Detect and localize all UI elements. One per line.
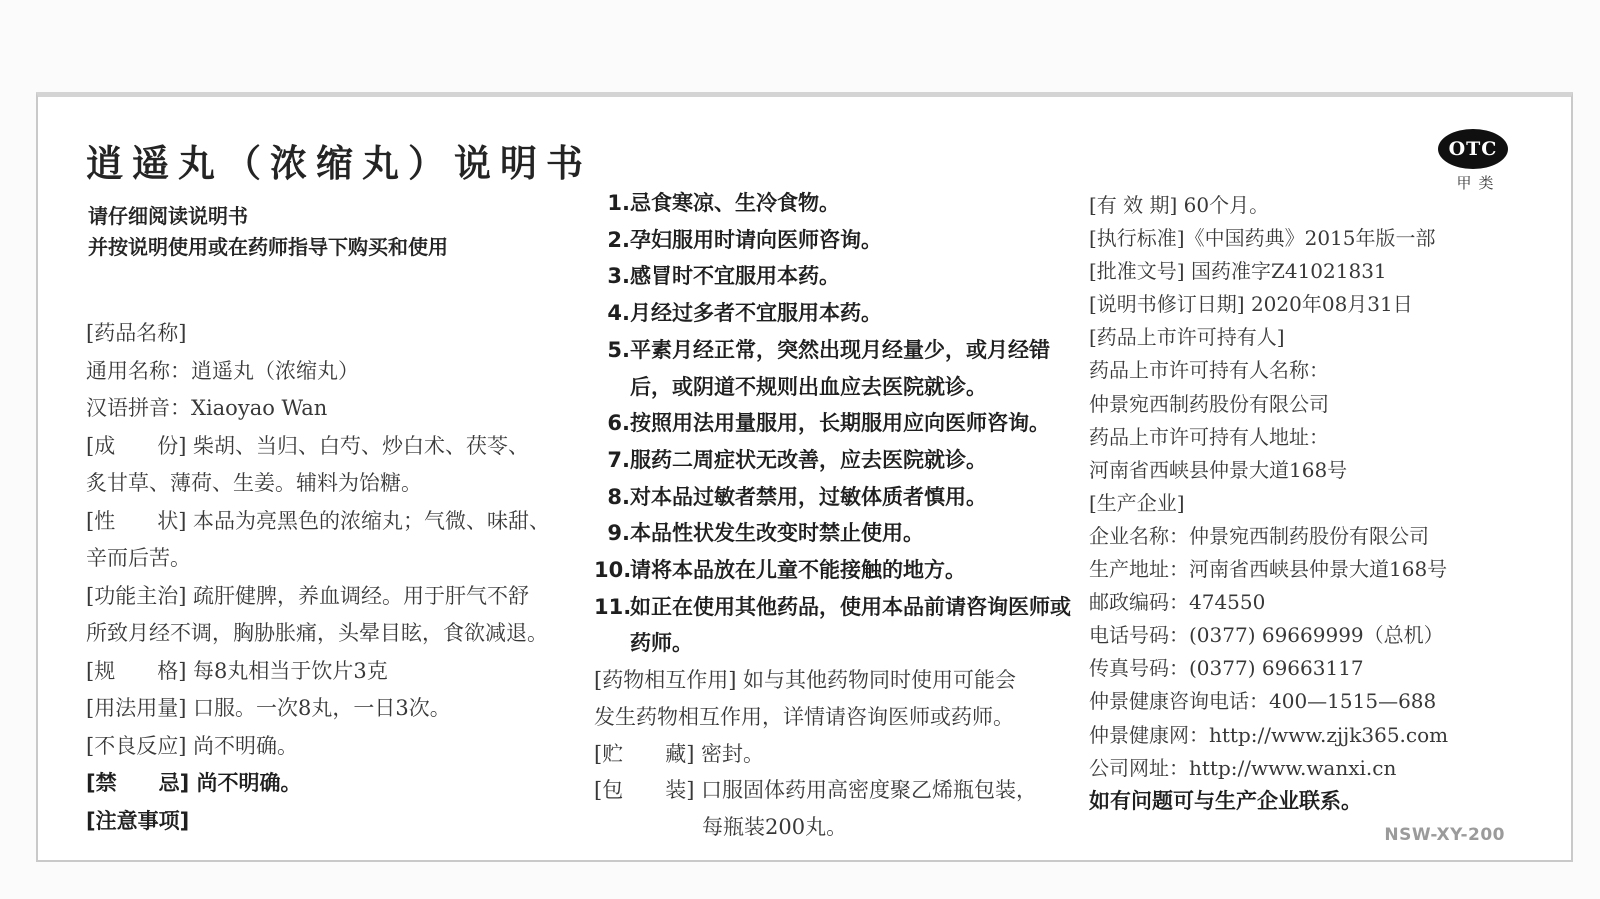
indications-line1: [功能主治] 疏肝健脾，养血调经。用于肝气不舒 <box>86 578 598 616</box>
description-line2: 辛而后苦。 <box>86 540 598 578</box>
pinyin-name: 汉语拼音：Xiaoyao Wan <box>86 390 598 428</box>
item-text: 服药二周症状无改善，应去医院就诊。 <box>630 442 1076 479</box>
otc-logo-icon: OTC <box>1438 129 1508 169</box>
precaution-item-10: 10. 请将本品放在儿童不能接触的地方。 <box>594 552 1076 589</box>
executive-standard: [执行标准]《中国药典》2015年版一部 <box>1089 222 1575 255</box>
mah-address-label: 药品上市许可持有人地址： <box>1089 421 1575 454</box>
precaution-item-2: 2. 孕妇服用时请向医师咨询。 <box>594 222 1076 259</box>
precaution-item-5: 5. 平素月经正常，突然出现月经量少，或月经错后，或阴道不规则出血应去医院就诊。 <box>594 332 1076 405</box>
read-notice-line2: 并按说明使用或在药师指导下购买和使用 <box>88 232 448 263</box>
item-text: 如正在使用其他药品，使用本品前请咨询医师或药师。 <box>630 589 1076 662</box>
mah-name: 仲景宛西制药股份有限公司 <box>1089 388 1575 421</box>
item-number: 8. <box>594 479 630 516</box>
item-number: 4. <box>594 295 630 332</box>
leaflet-card: 逍遥丸（浓缩丸）说明书 请仔细阅读说明书 并按说明使用或在药师指导下购买和使用 … <box>36 92 1573 862</box>
company-website: 公司网址：http://www.wanxi.cn <box>1089 752 1575 785</box>
ingredients-line1: [成 份] 柴胡、当归、白芍、炒白术、茯苓、 <box>86 428 598 466</box>
generic-name: 通用名称：逍遥丸（浓缩丸） <box>86 353 598 391</box>
page-insert-scan: 逍遥丸（浓缩丸）说明书 请仔细阅读说明书 并按说明使用或在药师指导下购买和使用 … <box>0 0 1600 899</box>
mah-section-label: [药品上市许可持有人] <box>1089 321 1575 354</box>
mah-address: 河南省西峡县仲景大道168号 <box>1089 454 1575 487</box>
item-number: 1. <box>594 185 630 222</box>
precaution-item-1: 1. 忌食寒凉、生冷食物。 <box>594 185 1076 222</box>
item-number: 7. <box>594 442 630 479</box>
item-number: 10. <box>594 552 630 589</box>
item-text: 感冒时不宜服用本药。 <box>630 258 1076 295</box>
precaution-item-9: 9. 本品性状发生改变时禁止使用。 <box>594 515 1076 552</box>
ingredients-line2: 炙甘草、薄荷、生姜。辅料为饴糖。 <box>86 465 598 503</box>
item-number: 3. <box>594 258 630 295</box>
item-text: 月经过多者不宜服用本药。 <box>630 295 1076 332</box>
description-line1: [性 状] 本品为亮黑色的浓缩丸；气微、味甜、 <box>86 503 598 541</box>
item-number: 9. <box>594 515 630 552</box>
adverse-reactions: [不良反应] 尚不明确。 <box>86 728 598 766</box>
read-notice-line1: 请仔细阅读说明书 <box>88 201 448 232</box>
health-hotline: 仲景健康咨询电话：400—1515—688 <box>1089 685 1575 718</box>
manufacturer-section-label: [生产企业] <box>1089 487 1575 520</box>
production-address: 生产地址：河南省西峡县仲景大道168号 <box>1089 553 1575 586</box>
precaution-item-11: 11. 如正在使用其他药品，使用本品前请咨询医师或药师。 <box>594 589 1076 662</box>
precaution-item-4: 4. 月经过多者不宜服用本药。 <box>594 295 1076 332</box>
precaution-item-7: 7. 服药二周症状无改善，应去医院就诊。 <box>594 442 1076 479</box>
middle-column: 1. 忌食寒凉、生冷食物。 2. 孕妇服用时请向医师咨询。 3. 感冒时不宜服用… <box>594 185 1076 846</box>
item-text: 忌食寒凉、生冷食物。 <box>630 185 1076 222</box>
item-number: 5. <box>594 332 630 405</box>
specification: [规 格] 每8丸相当于饮片3克 <box>86 653 598 691</box>
packaging-line2: 每瓶装200丸。 <box>594 809 1076 846</box>
precaution-item-8: 8. 对本品过敏者禁用，过敏体质者慎用。 <box>594 479 1076 516</box>
revision-date: [说明书修订日期] 2020年08月31日 <box>1089 288 1575 321</box>
drug-interactions-line2: 发生药物相互作用，详情请咨询医师或药师。 <box>594 699 1076 736</box>
validity-period: [有 效 期] 60个月。 <box>1089 189 1575 222</box>
item-number: 11. <box>594 589 630 662</box>
item-text: 平素月经正常，突然出现月经量少，或月经错后，或阴道不规则出血应去医院就诊。 <box>630 332 1076 405</box>
precaution-item-6: 6. 按照用法用量服用，长期服用应向医师咨询。 <box>594 405 1076 442</box>
phone-number: 电话号码：(0377) 69669999（总机） <box>1089 619 1575 652</box>
contact-note: 如有问题可与生产企业联系。 <box>1089 785 1575 818</box>
left-column: [药品名称] 通用名称：逍遥丸（浓缩丸） 汉语拼音：Xiaoyao Wan [成… <box>86 315 598 840</box>
drug-name-section-label: [药品名称] <box>86 315 598 353</box>
item-text: 对本品过敏者禁用，过敏体质者慎用。 <box>630 479 1076 516</box>
precautions-section-label: [注意事项] <box>86 803 598 841</box>
postal-code: 邮政编码：474550 <box>1089 586 1575 619</box>
item-text: 本品性状发生改变时禁止使用。 <box>630 515 1076 552</box>
item-text: 请将本品放在儿童不能接触的地方。 <box>630 552 1076 589</box>
packaging-line1: [包 装] 口服固体药用高密度聚乙烯瓶包装， <box>594 772 1076 809</box>
company-name: 企业名称：仲景宛西制药股份有限公司 <box>1089 520 1575 553</box>
doc-code: NSW-XY-200 <box>1384 825 1505 845</box>
item-text: 按照用法用量服用，长期服用应向医师咨询。 <box>630 405 1076 442</box>
health-website: 仲景健康网：http://www.zjjk365.com <box>1089 719 1575 752</box>
contraindications: [禁 忌] 尚不明确。 <box>86 765 598 803</box>
leaflet-title: 逍遥丸（浓缩丸）说明书 <box>86 133 592 187</box>
drug-interactions-line1: [药物相互作用] 如与其他药物同时使用可能会 <box>594 662 1076 699</box>
mah-name-label: 药品上市许可持有人名称： <box>1089 354 1575 387</box>
fax-number: 传真号码：(0377) 69663117 <box>1089 652 1575 685</box>
approval-number: [批准文号] 国药准字Z41021831 <box>1089 255 1575 288</box>
item-number: 6. <box>594 405 630 442</box>
indications-line2: 所致月经不调，胸胁胀痛，头晕目眩，食欲减退。 <box>86 615 598 653</box>
otc-badge: OTC 甲类 <box>1438 129 1512 193</box>
read-notice: 请仔细阅读说明书 并按说明使用或在药师指导下购买和使用 <box>88 201 448 263</box>
precaution-item-3: 3. 感冒时不宜服用本药。 <box>594 258 1076 295</box>
dosage: [用法用量] 口服。一次8丸，一日3次。 <box>86 690 598 728</box>
right-column: [有 效 期] 60个月。 [执行标准]《中国药典》2015年版一部 [批准文号… <box>1089 189 1575 818</box>
item-number: 2. <box>594 222 630 259</box>
item-text: 孕妇服用时请向医师咨询。 <box>630 222 1076 259</box>
storage: [贮 藏] 密封。 <box>594 736 1076 773</box>
